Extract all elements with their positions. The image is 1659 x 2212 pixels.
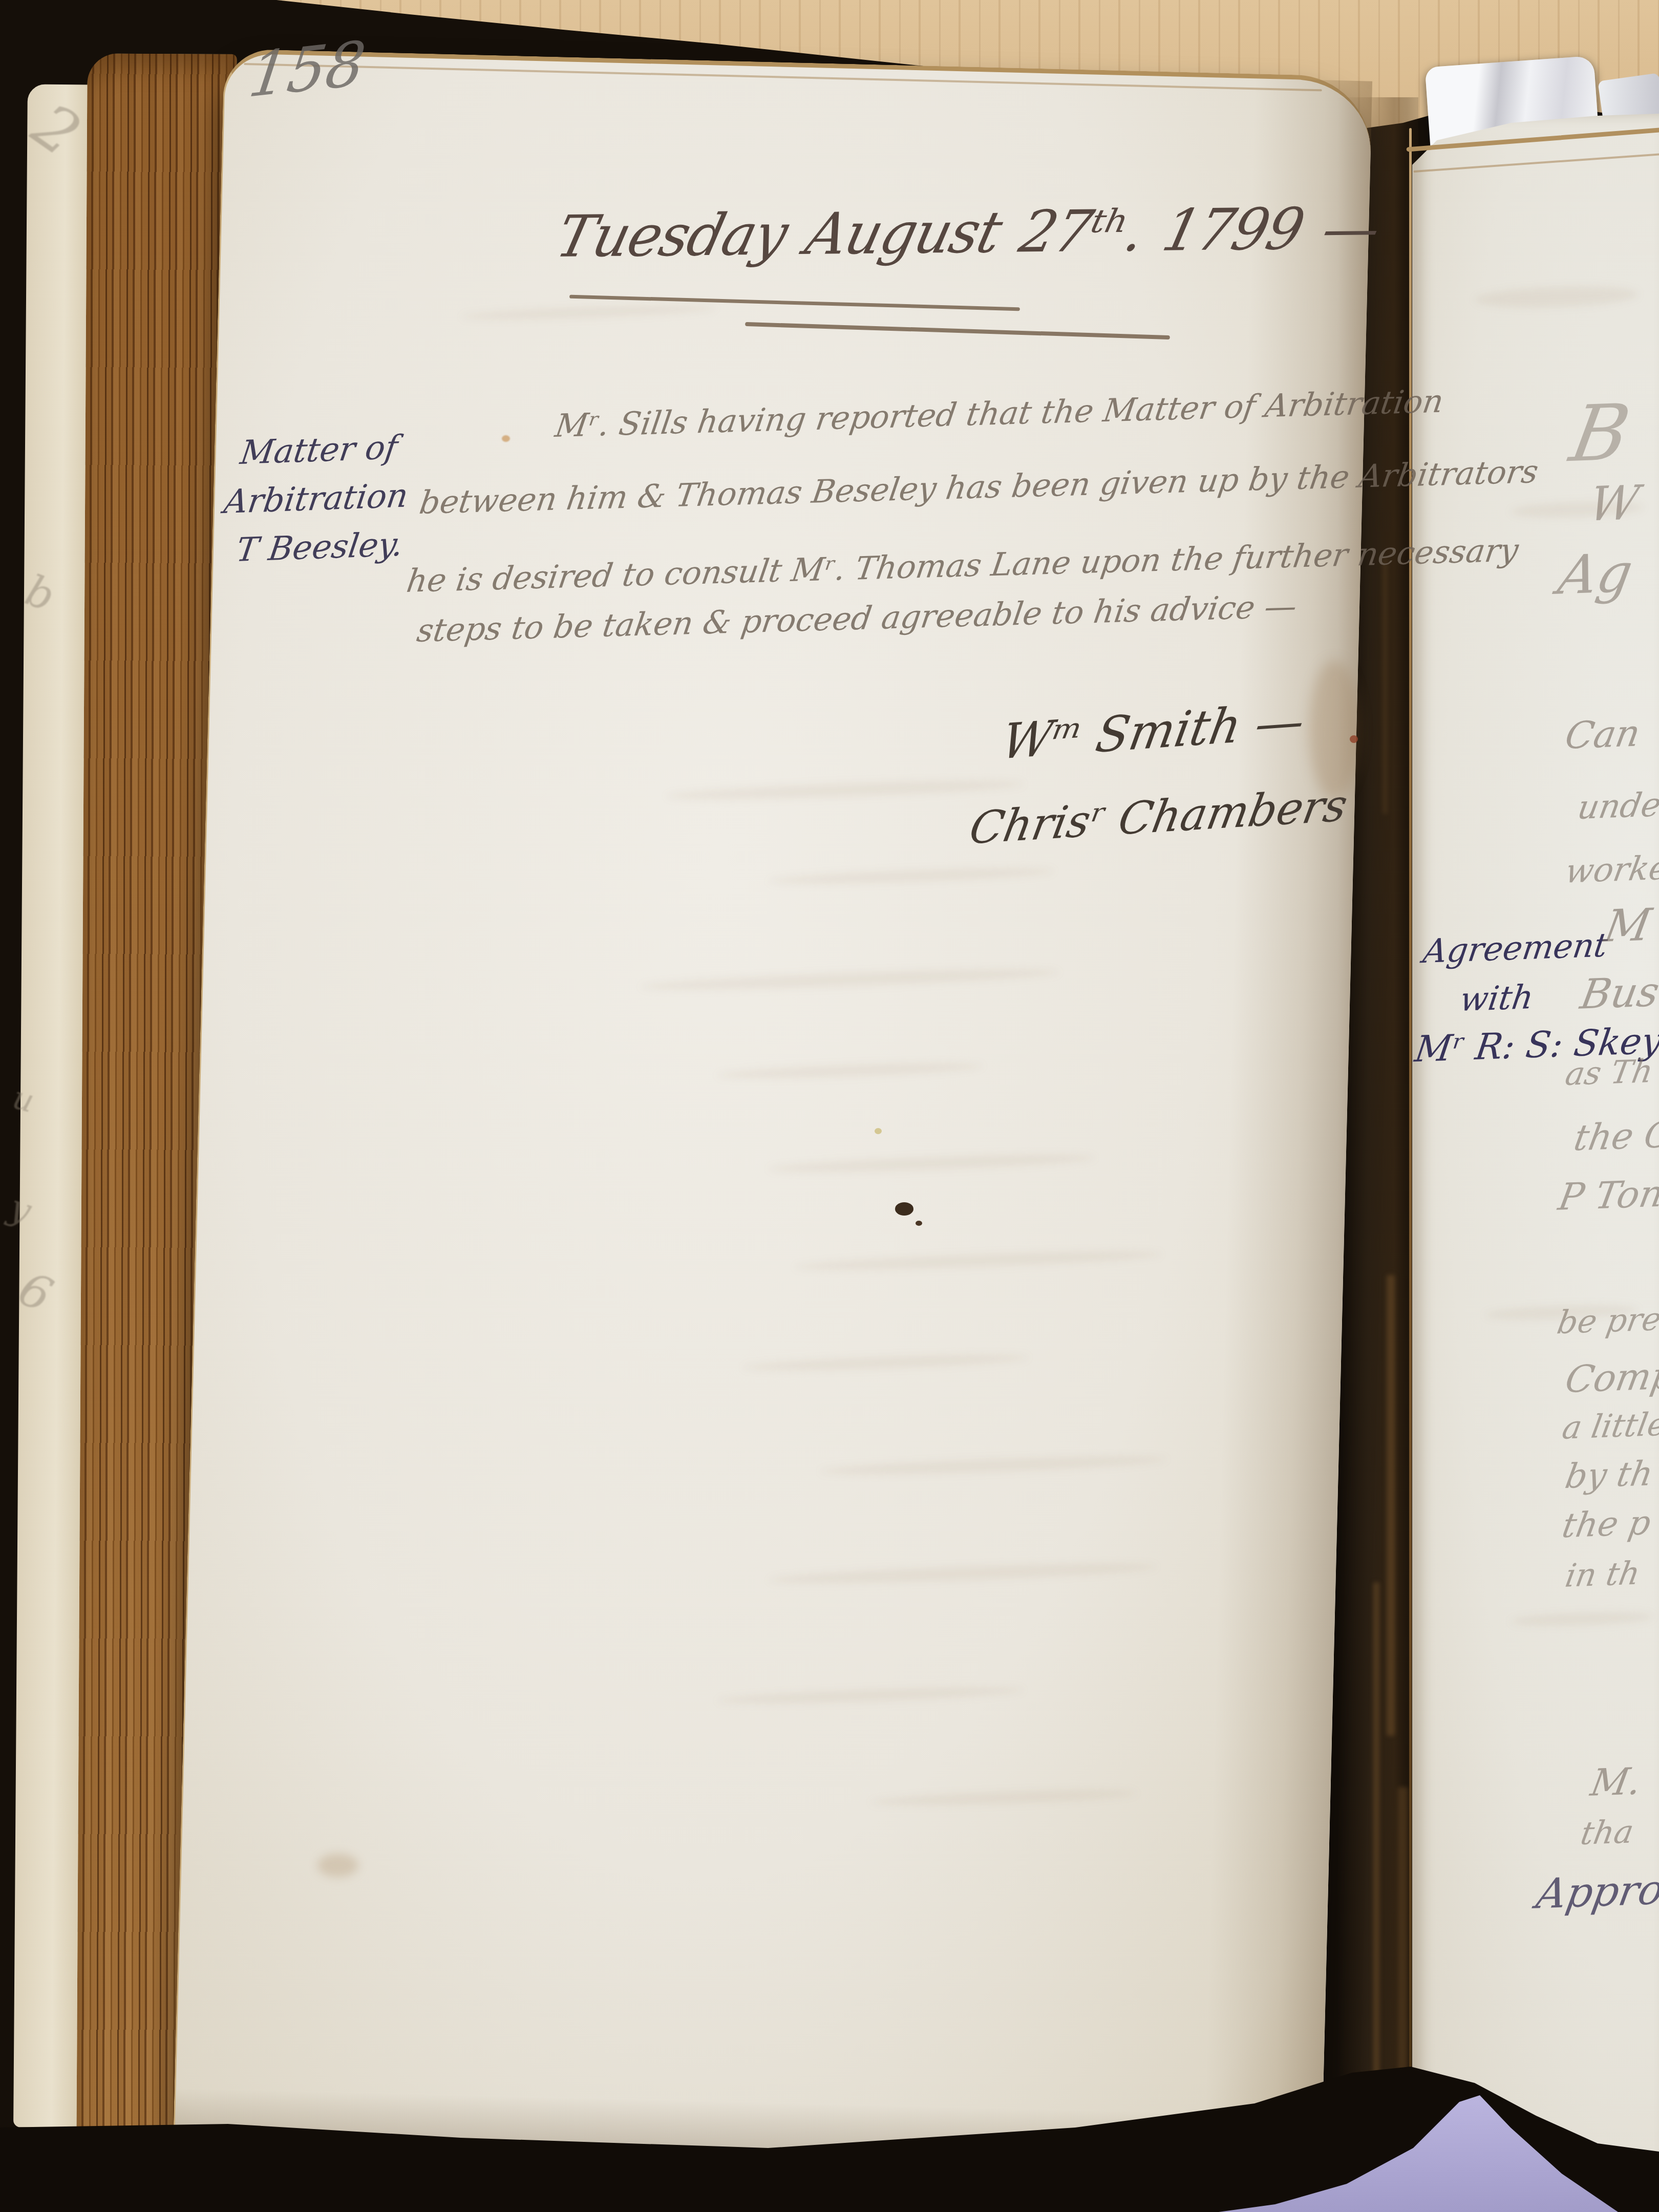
foxing-smudge [1309,661,1360,799]
foxing-smudge [317,1854,358,1877]
manuscript-photo: 158 Tuesday August 27ᵗʰ. 1799 — Matter o… [0,0,1659,2212]
gutter-stain-streak [1373,1582,1379,2094]
ink-stain [895,1202,913,1216]
gutter-stain-streak [1382,558,1388,814]
book-gutter [1337,97,1418,2110]
gutter-stain-streak [1387,1275,1395,1736]
ink-stain [916,1221,922,1226]
yellow-stain [875,1128,882,1134]
foxing-smudge [502,435,510,442]
right-page [1412,114,1659,2167]
gutter-crease [1409,128,1412,2084]
